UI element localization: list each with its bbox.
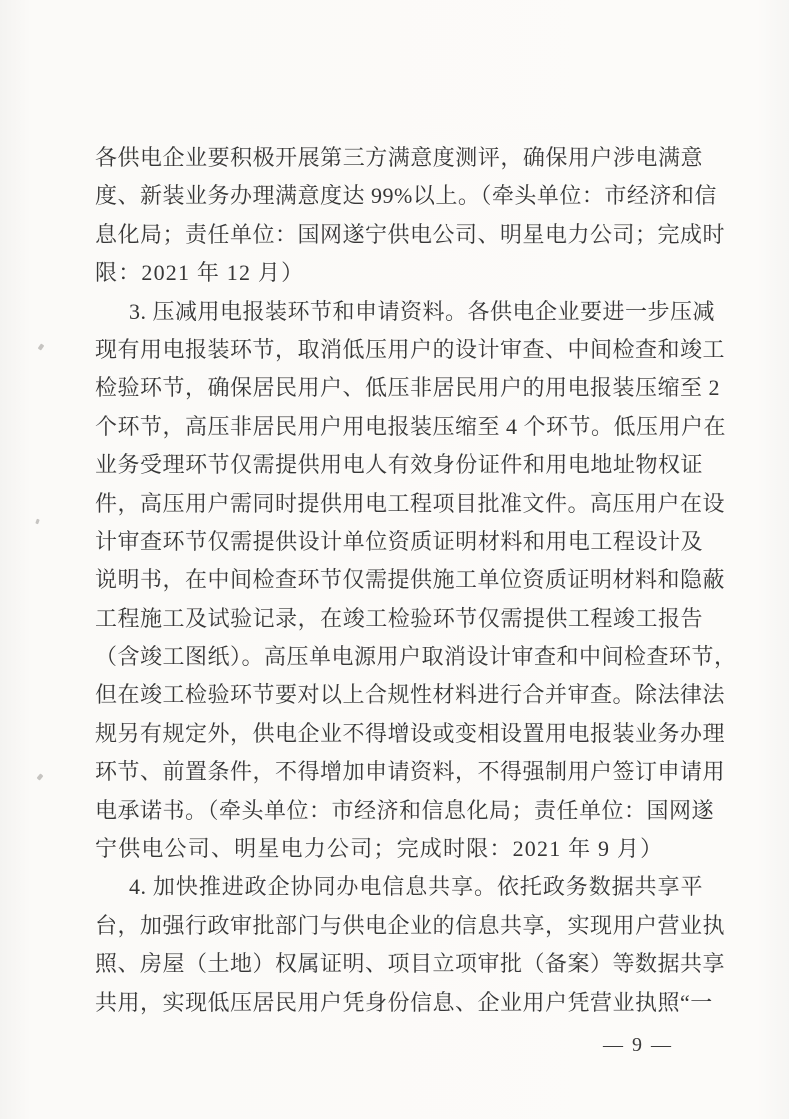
text-line: 规另有规定外，供电企业不得增设或变相设置用电报装业务办理: [95, 715, 703, 753]
text-line: 工程施工及试验记录，在竣工检验环节仅需提供工程竣工报告: [95, 600, 703, 638]
text-line: 件，高压用户需同时提供用电工程项目批准文件。高压用户在设: [95, 485, 703, 523]
text-line: 度、新装业务办理满意度达 99%以上。（牵头单位：市经济和信: [95, 177, 703, 215]
text-line: 计审查环节仅需提供设计单位资质证明材料和用电工程设计及: [95, 523, 703, 561]
text-line: 个环节，高压非居民用户用电报装压缩至 4 个环节。低压用户在: [95, 408, 703, 446]
scan-artifact: [38, 343, 45, 350]
scan-artifact: [37, 773, 44, 780]
paragraph: 各供电企业要积极开展第三方满意度测评，确保用户涉电满意 度、新装业务办理满意度达…: [95, 139, 703, 293]
document-page: 各供电企业要积极开展第三方满意度测评，确保用户涉电满意 度、新装业务办理满意度达…: [0, 0, 789, 1119]
text-line: 共用，实现低压居民用户凭身份信息、企业用户凭营业执照“一: [95, 984, 703, 1022]
text-line: 照、房屋（土地）权属证明、项目立项审批（备案）等数据共享: [95, 945, 703, 983]
text-line: 说明书，在中间检查环节仅需提供施工单位资质证明材料和隐蔽: [95, 561, 703, 599]
text-line: 但在竣工检验环节要对以上合规性材料进行合并审查。除法律法: [95, 676, 703, 714]
text-block: 各供电企业要积极开展第三方满意度测评，确保用户涉电满意 度、新装业务办理满意度达…: [95, 139, 703, 1022]
text-line: 宁供电公司、明星电力公司；完成时限：2021 年 9 月）: [95, 830, 703, 868]
text-line: 电承诺书。（牵头单位：市经济和信息化局；责任单位：国网遂: [95, 792, 703, 830]
text-line: 环节、前置条件，不得增加申请资料，不得强制用户签订申请用: [95, 753, 703, 791]
text-line: 各供电企业要积极开展第三方满意度测评，确保用户涉电满意: [95, 139, 703, 177]
text-line: 3. 压减用电报装环节和申请资料。各供电企业要进一步压减: [95, 293, 703, 331]
text-line: 息化局；责任单位：国网遂宁供电公司、明星电力公司；完成时: [95, 216, 703, 254]
text-line: 4. 加快推进政企协同办电信息共享。依托政务数据共享平: [95, 868, 703, 906]
text-line: （含竣工图纸）。高压单电源用户取消设计审查和中间检查环节，: [95, 638, 703, 676]
text-line: 限：2021 年 12 月）: [95, 254, 703, 292]
text-line: 检验环节，确保居民用户、低压非居民用户的用电报装压缩至 2: [95, 369, 703, 407]
scan-artifact: [35, 519, 40, 525]
text-line: 业务受理环节仅需提供用电人有效身份证件和用电地址物权证: [95, 446, 703, 484]
paragraph: 4. 加快推进政企协同办电信息共享。依托政务数据共享平 台，加强行政审批部门与供…: [95, 868, 703, 1022]
paragraph: 3. 压减用电报装环节和申请资料。各供电企业要进一步压减 现有用电报装环节，取消…: [95, 293, 703, 869]
text-line: 台，加强行政审批部门与供电企业的信息共享，实现用户营业执: [95, 907, 703, 945]
page-number: — 9 —: [598, 1032, 678, 1058]
text-line: 现有用电报装环节，取消低压用户的设计审查、中间检查和竣工: [95, 331, 703, 369]
